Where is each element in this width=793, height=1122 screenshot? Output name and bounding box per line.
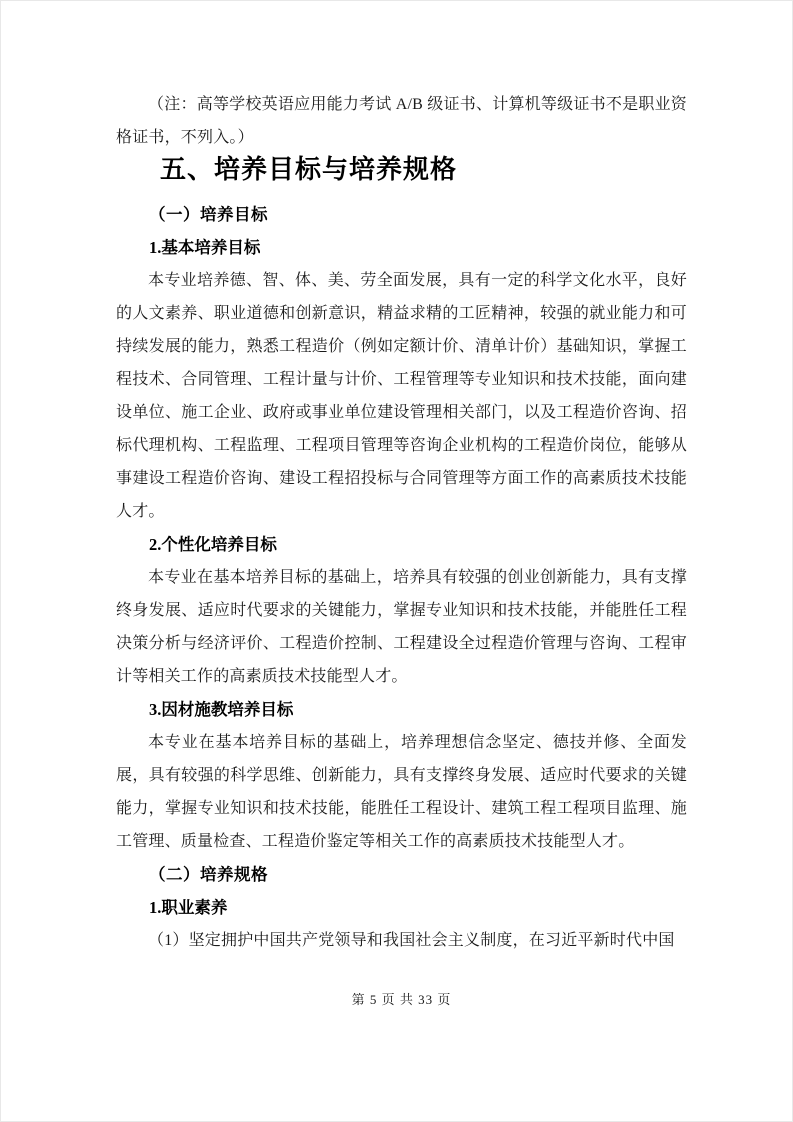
section-heading-training-specs: （二）培养规格 [116, 858, 687, 891]
paragraph-personalized-goal: 本专业在基本培养目标的基础上，培养具有较强的创业创新能力，具有支撑终身发展、适应… [116, 561, 687, 693]
page-content: （注：高等学校英语应用能力考试 A/B 级证书、计算机等级证书不是职业资格证书，… [116, 88, 687, 957]
chapter-heading: 五、培养目标与培养规格 [116, 150, 687, 188]
section-heading-training-goals: （一）培养目标 [116, 198, 687, 231]
page-number-label: 第 5 页 共 33 页 [352, 992, 452, 1007]
paragraph-basic-goal: 本专业培养德、智、体、美、劳全面发展，具有一定的科学文化水平，良好的人文素养、职… [116, 264, 687, 528]
paragraph-professional-quality: （1）坚定拥护中国共产党领导和我国社会主义制度，在习近平新时代中国 [116, 924, 687, 957]
paragraph-aptitude-goal: 本专业在基本培养目标的基础上，培养理想信念坚定、德技并修、全面发展，具有较强的科… [116, 726, 687, 858]
item-heading-basic-goal: 1.基本培养目标 [116, 231, 687, 264]
item-heading-personalized-goal: 2.个性化培养目标 [116, 528, 687, 561]
item-heading-aptitude-goal: 3.因材施教培养目标 [116, 693, 687, 726]
note-paragraph: （注：高等学校英语应用能力考试 A/B 级证书、计算机等级证书不是职业资格证书，… [116, 88, 687, 154]
document-page: （注：高等学校英语应用能力考试 A/B 级证书、计算机等级证书不是职业资格证书，… [0, 0, 793, 1122]
item-heading-professional-quality: 1.职业素养 [116, 891, 687, 924]
page-footer: 第 5 页 共 33 页 [116, 991, 687, 1009]
